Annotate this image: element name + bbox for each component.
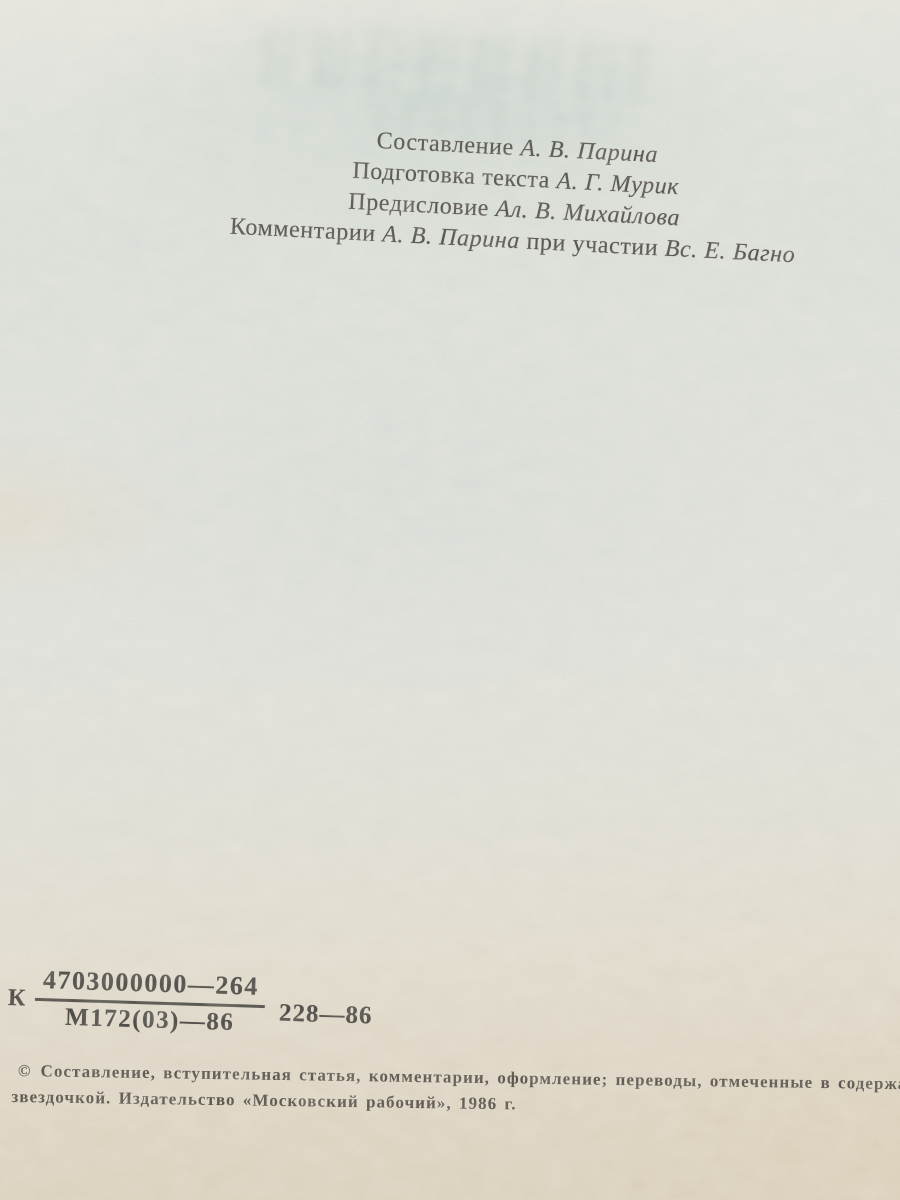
catalog-number-block: К 4703000000—264 М172(03)—86 228—86: [7, 964, 374, 1041]
book-page-photo: Составление А. В. Парина Подготовка текс…: [0, 0, 900, 1200]
credit-name: Вс. Е. Багно: [664, 236, 796, 269]
credits-block: Составление А. В. Парина Подготовка текс…: [117, 113, 900, 277]
catalog-fraction: 4703000000—264 М172(03)—86: [34, 965, 266, 1038]
credit-connector: при участии: [526, 229, 659, 262]
credit-role: Составление: [376, 128, 514, 161]
showthrough-ghost-line-1: [261, 26, 656, 108]
copyright-block: ©Составление, вступительная статья, комм…: [11, 1058, 894, 1123]
credit-name: А. Г. Мурик: [556, 168, 680, 200]
credit-name: А. В. Парина: [520, 135, 659, 168]
copyright-icon: ©: [18, 1058, 32, 1084]
credit-role: Комментарии: [229, 214, 376, 247]
catalog-code: 228—86: [279, 1000, 373, 1031]
catalog-denominator: М172(03)—86: [34, 1001, 265, 1038]
catalog-prefix: К: [8, 985, 26, 1013]
credit-role: Предисловие: [348, 189, 490, 222]
credit-name: А. В. Парина: [382, 221, 521, 254]
